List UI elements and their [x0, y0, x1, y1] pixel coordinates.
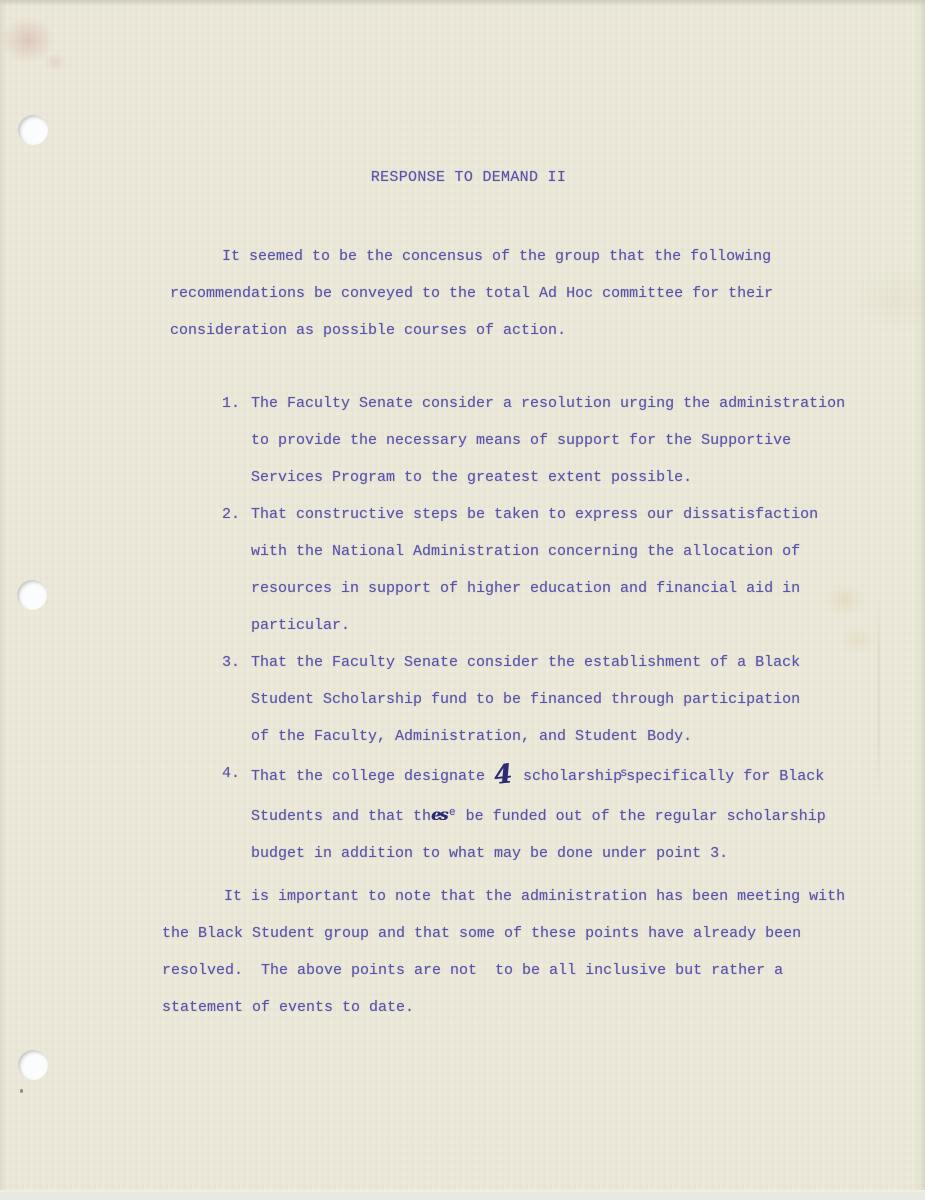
paper-speck — [20, 1089, 23, 1093]
page-bottom-edge — [0, 1190, 925, 1200]
recommendations-list: 1. The Faculty Senate consider a resolut… — [251, 385, 845, 872]
list-line: to provide the necessary means of suppor… — [251, 422, 845, 459]
paper-crease — [877, 590, 880, 800]
typed-text: That the college designate — [251, 768, 494, 785]
paragraph-line: It seemed to be the concensus of the gro… — [170, 238, 773, 275]
paragraph-line: the Black Student group and that some of… — [162, 915, 845, 952]
paragraph-line: resolved. The above points are not to be… — [162, 952, 845, 989]
raised-letter-e: e — [449, 807, 456, 819]
list-line: resources in support of higher education… — [251, 570, 845, 607]
handwritten-numeral-4: 4 — [493, 767, 514, 784]
list-item-1: 1. The Faculty Senate consider a resolut… — [251, 385, 845, 496]
closing-paragraph: It is important to note that the adminis… — [162, 878, 845, 1026]
list-line: with the National Administration concern… — [251, 533, 845, 570]
list-line: The Faculty Senate consider a resolution… — [251, 385, 845, 422]
paragraph-line: consideration as possible courses of act… — [170, 312, 773, 349]
list-line: budget in addition to what may be done u… — [251, 835, 845, 872]
item-number: 2. — [222, 496, 240, 533]
hole-punch-top — [18, 115, 48, 145]
typed-text: scholarship — [514, 768, 622, 785]
handwritten-correction-es: es — [431, 796, 449, 833]
list-line: That the Faculty Senate consider the est… — [251, 644, 845, 681]
document-title: RESPONSE TO DEMAND II — [0, 169, 925, 186]
paragraph-line: statement of events to date. — [162, 989, 845, 1026]
typed-text: Students and that th — [251, 808, 431, 825]
list-line: Students and that these be funded out of… — [251, 795, 845, 835]
list-line: That the college designate 4 scholarship… — [251, 755, 845, 795]
typed-text: specifically for Black — [626, 768, 824, 785]
item-number: 1. — [222, 385, 240, 422]
item-number: 3. — [222, 644, 240, 681]
intro-paragraph: It seemed to be the concensus of the gro… — [170, 238, 773, 349]
item-number: 4. — [222, 755, 240, 792]
paragraph-line: It is important to note that the adminis… — [162, 878, 845, 915]
list-line: Student Scholarship fund to be financed … — [251, 681, 845, 718]
list-item-4: 4. That the college designate 4 scholars… — [251, 755, 845, 872]
list-line: Services Program to the greatest extent … — [251, 459, 845, 496]
list-line: of the Faculty, Administration, and Stud… — [251, 718, 845, 755]
paragraph-line: recommendations be conveyed to the total… — [170, 275, 773, 312]
list-line: That constructive steps be taken to expr… — [251, 496, 845, 533]
typed-text: be funded out of the regular scholarship — [457, 808, 826, 825]
list-item-2: 2. That constructive steps be taken to e… — [251, 496, 845, 644]
document-page: RESPONSE TO DEMAND II It seemed to be th… — [0, 0, 925, 1200]
list-item-3: 3. That the Faculty Senate consider the … — [251, 644, 845, 755]
hole-punch-middle — [17, 580, 47, 610]
hole-punch-bottom — [18, 1050, 48, 1080]
list-line: particular. — [251, 607, 845, 644]
